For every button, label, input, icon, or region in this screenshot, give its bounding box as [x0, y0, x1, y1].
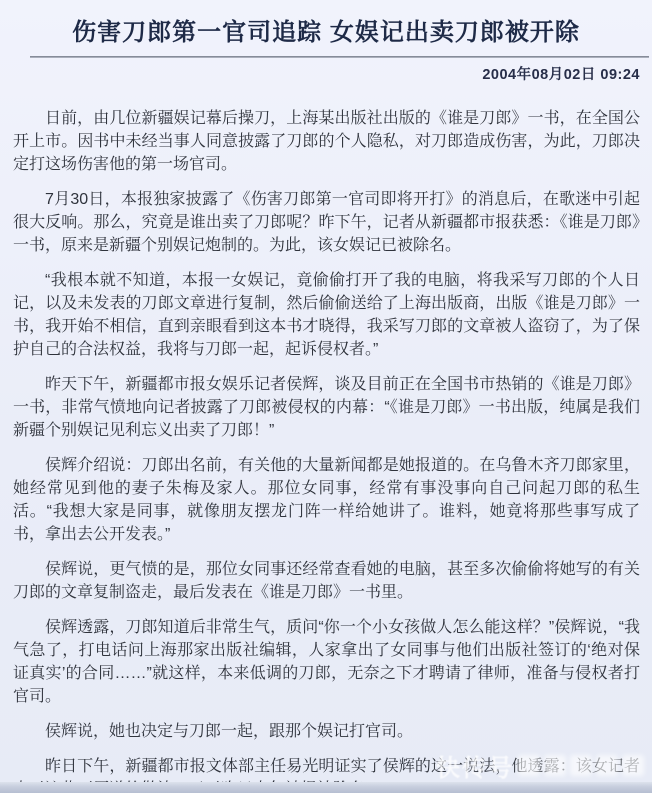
- article-header: 伤害刀郎第一官司追踪 女娱记出卖刀郎被开除 2004年08月02日 09:24: [0, 0, 652, 84]
- article-paragraph: “我根本就不知道，本报一女娱记，竟偷偷打开了我的电脑，将我采写刀郎的个人日记，以…: [13, 269, 640, 361]
- article-paragraph: 侯辉说，更气愤的是，那位女同事还经常查看她的电脑，甚至多次偷偷将她写的有关刀郎的…: [13, 558, 640, 604]
- publish-date: 2004年08月02日 09:24: [0, 63, 652, 84]
- article-body: 日前，由几位新疆娱记幕后操刀，上海某出版社出版的《谁是刀郎》一书，在全国公开上市…: [0, 84, 652, 793]
- article-paragraph: 侯辉透露，刀郎知道后非常生气，质问“你一个小女孩做人怎么能这样？”侯辉说，“我气…: [13, 616, 640, 708]
- title-divider: [30, 56, 649, 58]
- article-paragraph: 日前，由几位新疆娱记幕后操刀，上海某出版社出版的《谁是刀郎》一书，在全国公开上市…: [13, 107, 640, 176]
- article-paragraph: 侯辉说，她也决定与刀郎一起，跟那个娱记打官司。: [13, 720, 640, 743]
- article-title: 伤害刀郎第一官司追踪 女娱记出卖刀郎被开除: [0, 17, 652, 49]
- bottom-edge-band: [0, 782, 652, 793]
- article-page: 伤害刀郎第一官司追踪 女娱记出卖刀郎被开除 2004年08月02日 09:24 …: [0, 0, 652, 793]
- article-paragraph: 7月30日，本报独家披露了《伤害刀郎第一官司即将开打》的消息后，在歌迷中引起很大…: [13, 188, 640, 257]
- article-paragraph: 侯辉介绍说：刀郎出名前，有关他的大量新闻都是她报道的。在乌鲁木齐刀郎家里，她经常…: [13, 454, 640, 546]
- article-paragraph: 昨天下午，新疆都市报女娱乐记者侯辉，谈及目前正在全国书市热销的《谁是刀郎》一书，…: [13, 373, 640, 442]
